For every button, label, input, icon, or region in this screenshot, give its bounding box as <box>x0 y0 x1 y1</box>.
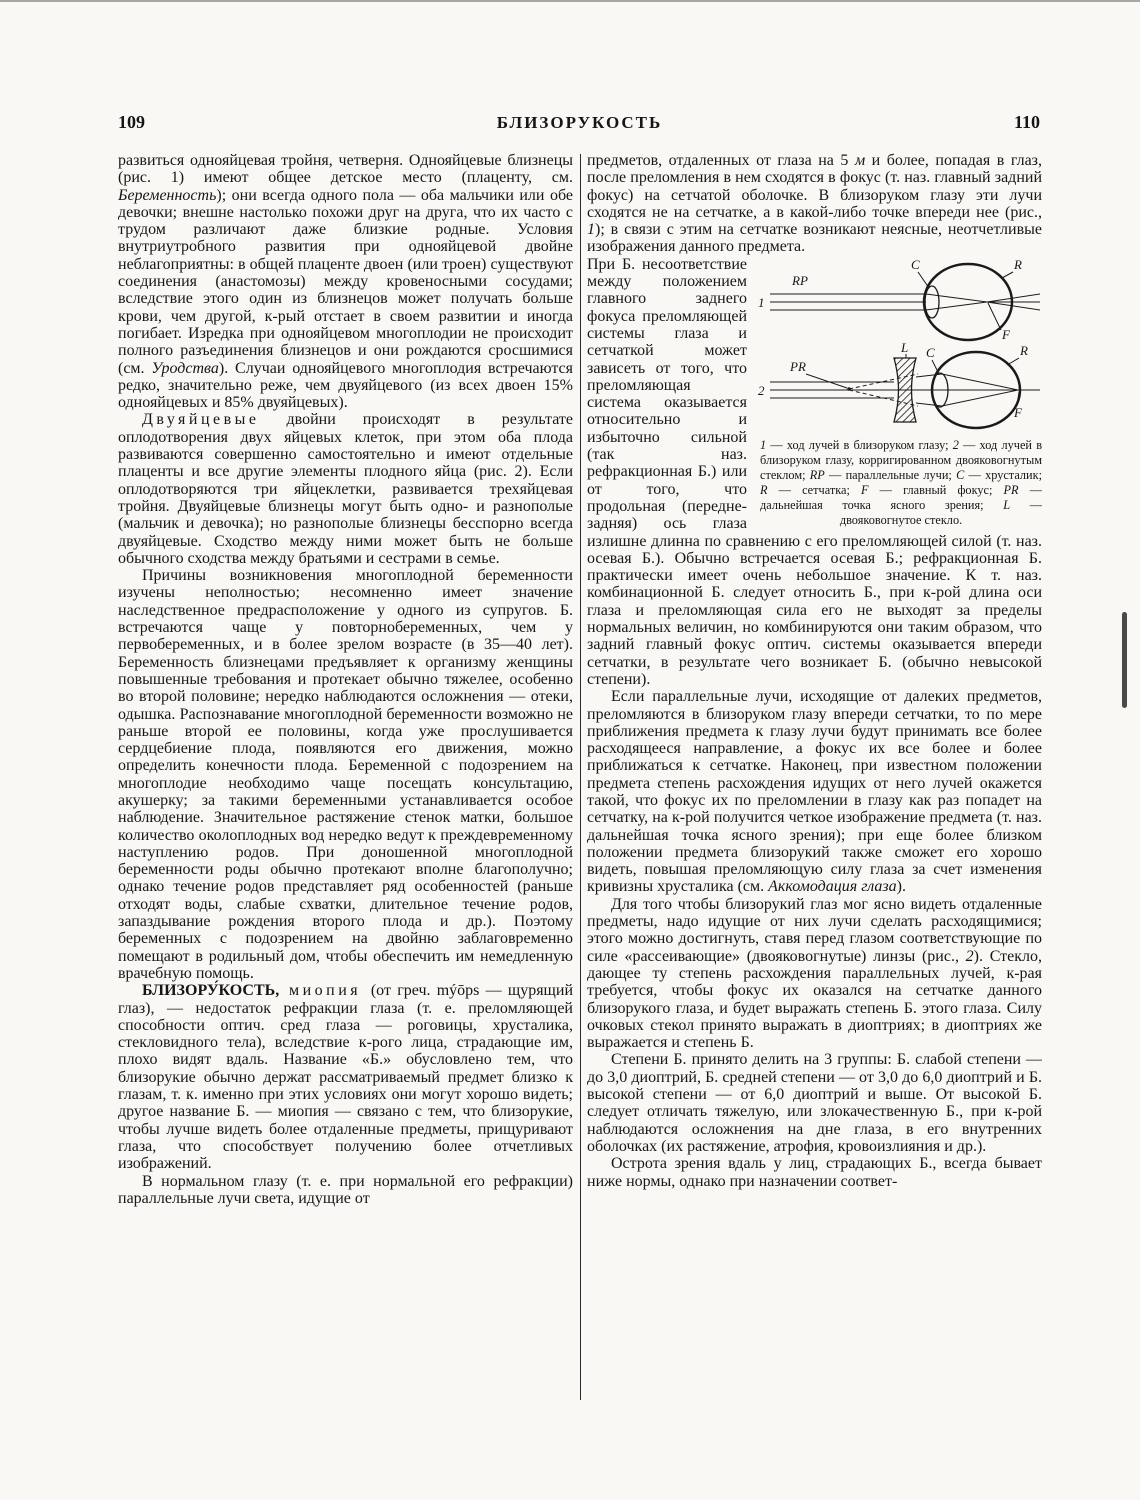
running-title: БЛИЗОРУКОСТЬ <box>497 113 663 133</box>
paragraph-normal-eye-continuation: предметов, отдаленных от глаза на 5 м и … <box>587 152 1042 256</box>
paragraph-twins-continuation: развиться однояйцевая тройня, четверня. … <box>118 152 573 411</box>
caption-segment: R <box>760 483 768 497</box>
text-segment: развиться однояйцевая тройня, четверня. … <box>118 152 573 186</box>
caption-segment: — параллельные лучи; <box>825 468 956 482</box>
paragraph-visual-acuity: Острота зрения вдаль у лиц, страдающих Б… <box>587 1155 1042 1190</box>
scan-artifact-right-margin <box>1122 612 1127 708</box>
text-segment-spaced: Двуяйцевые <box>142 411 260 428</box>
paragraph-degrees-of-myopia: Степени Б. принято делить на 3 группы: Б… <box>587 1051 1042 1155</box>
focus-label-2: F <box>1013 405 1023 420</box>
caption-segment: — хрусталик; <box>964 468 1042 482</box>
text-segment: (от греч. mýōps — щурящий глаз), — недос… <box>118 982 573 1172</box>
cross-reference-accommodation: Аккомодация глаза <box>768 878 897 895</box>
cross-reference-beremennost: Беременность <box>118 187 216 204</box>
retina-label-2: R <box>1019 343 1028 358</box>
right-column: предметов, отдаленных от глаза на 5 м и … <box>587 152 1042 1404</box>
text-segment-spaced: миопия <box>279 982 371 999</box>
lens-label-2: C <box>926 345 935 360</box>
left-page-number: 109 <box>118 112 145 133</box>
column-divider-rule <box>573 152 587 1404</box>
far-point-label: PR <box>789 359 806 374</box>
paragraph-causes-of-multiple-pregnancy: Причины возникновения многоплодной берем… <box>118 567 573 982</box>
figure-caption: 1 — ход лучей в близоруком глазу; 2 — хо… <box>756 431 1042 528</box>
text-segment-italic: 2 <box>966 948 974 965</box>
caption-segment: F <box>861 483 869 497</box>
lens-label-1: C <box>911 257 920 272</box>
caption-segment: — ход лучей в близоруком глазу; <box>766 438 953 452</box>
text-segment: ); в связи с этим на сетчатке возникают … <box>587 221 1042 255</box>
caption-segment: PR <box>1004 483 1019 497</box>
caption-segment: RP <box>810 468 825 482</box>
glass-lens-label: L <box>900 340 908 355</box>
crystalline-lens-1 <box>925 286 939 318</box>
ray-diagram-svg: 1 RP C R <box>756 257 1040 431</box>
diagram-1-myopic-eye: 1 RP C R <box>758 257 1040 342</box>
paragraph-normal-eye: В нормальном глазу (т. е. при нормальной… <box>118 1173 573 1208</box>
text-segment: предметов, отдаленных от глаза на 5 <box>587 152 855 169</box>
paragraph-correction-with-lenses: Для того чтобы близорукий глаз мог ясно … <box>587 896 1042 1052</box>
text-segment: Причины возникновения многоплодной берем… <box>118 567 573 982</box>
page-header: 109 БЛИЗОРУКОСТЬ 110 <box>118 112 1040 133</box>
right-page-number: 110 <box>1014 112 1040 133</box>
text-segment-italic: м <box>855 152 865 169</box>
caption-segment: — сетчатка; <box>768 483 862 497</box>
paragraph-dizygotic-twins: Двуяйцевые двойни происходят в результат… <box>118 411 573 567</box>
diagram-2-corrected-eye: 2 PR L <box>758 340 1040 428</box>
text-segment: ). <box>897 878 906 895</box>
figure-myopia-ray-diagram: 1 RP C R <box>756 257 1042 528</box>
paragraph-far-point: Если параллельные лучи, исходящие от дал… <box>587 688 1042 896</box>
scan-artifact-top-edge <box>0 0 1140 2</box>
text-segment: ); они всегда одного пола — оба мальчики… <box>118 187 573 377</box>
text-segment: Острота зрения вдаль у лиц, страдающих Б… <box>587 1155 1042 1189</box>
diagram-2-number: 2 <box>758 383 765 398</box>
text-segment-italic: 1 <box>587 221 595 238</box>
paragraph-myopia-headword: БЛИЗОРУ́КОСТЬ, миопия (от греч. mýōps — … <box>118 982 573 1172</box>
text-segment: В нормальном глазу (т. е. при нормальной… <box>118 1173 573 1207</box>
text-segment: Степени Б. принято делить на 3 группы: Б… <box>587 1051 1042 1154</box>
retina-label-1: R <box>1013 257 1022 272</box>
text-segment: двойни происходят в результате оплодотво… <box>118 411 573 566</box>
two-column-text-block: развиться однояйцевая тройня, четверня. … <box>118 152 1042 1404</box>
parallel-rays-label: RP <box>791 273 808 288</box>
article-headword: БЛИЗОРУ́КОСТЬ, <box>142 982 279 999</box>
left-column: развиться однояйцевая тройня, четверня. … <box>118 152 573 1404</box>
text-segment: Если параллельные лучи, исходящие от дал… <box>587 688 1042 895</box>
focus-label-1: F <box>1001 327 1011 342</box>
cross-reference-urodstva: Уродства <box>151 360 219 377</box>
caption-segment: — главный фокус; <box>869 483 1004 497</box>
paragraph-refractive-vs-axial: 1 RP C R <box>587 256 1042 688</box>
diagram-1-number: 1 <box>758 295 765 310</box>
